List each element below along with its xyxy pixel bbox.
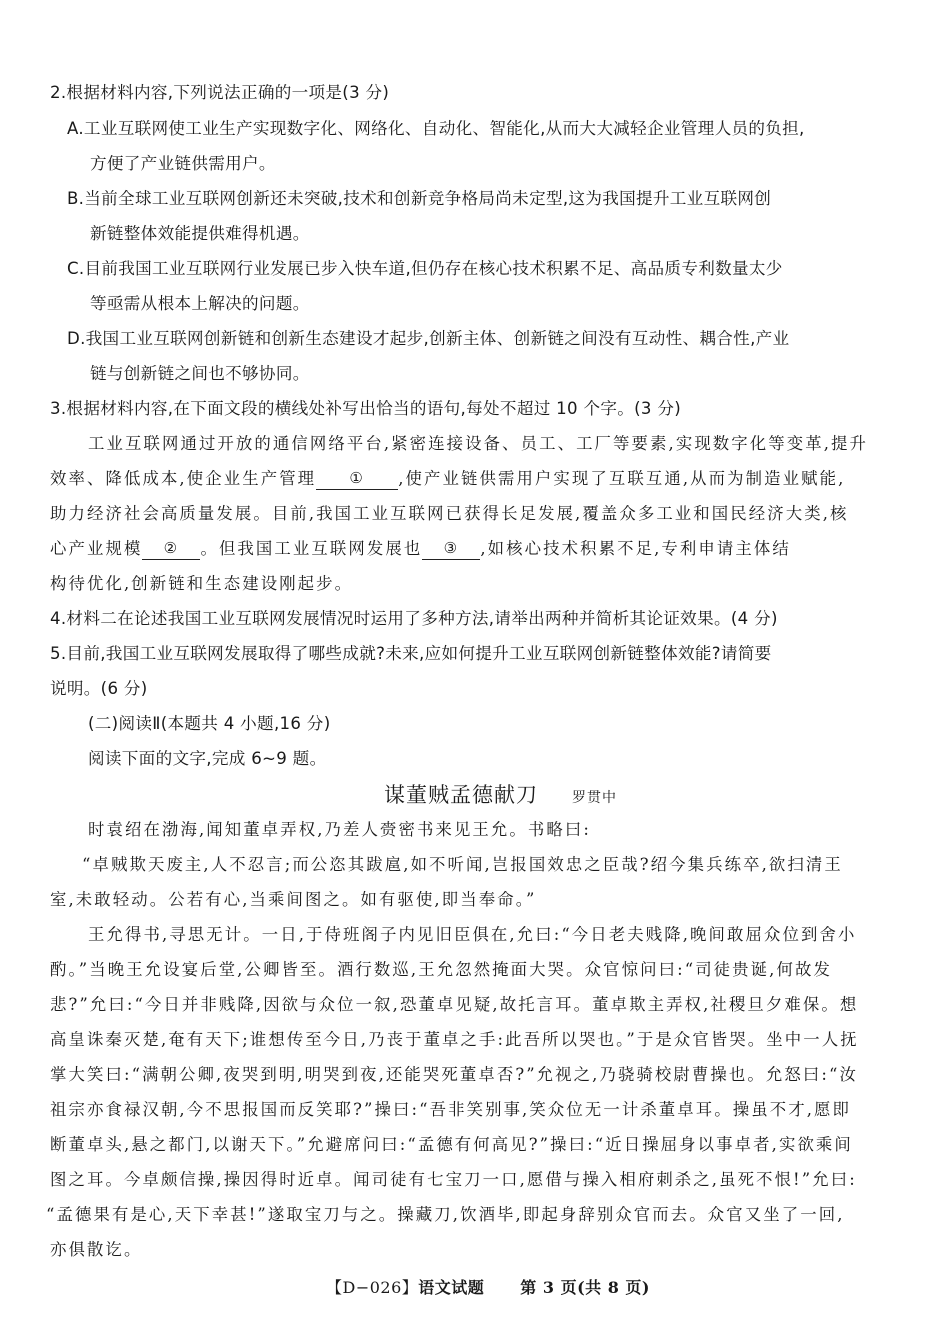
- section-2-header: (二)阅读Ⅱ(本题共 4 小题,16 分): [88, 712, 330, 736]
- passage-line: 酌。”当晚王允设宴后堂,公卿皆至。酒行数巡,王允忽然掩面大哭。众官惊问曰:“司徒…: [50, 958, 832, 982]
- q3-text: ,如核心技术积累不足,专利申请主体结: [480, 539, 790, 558]
- blank-1-marker: ①: [349, 469, 365, 487]
- q3-paragraph-line1: 工业互联网通过开放的通信网络平台,紧密连接设备、员工、工厂等要素,实现数字化等变…: [88, 432, 868, 456]
- passage-line: 亦俱散讫。: [50, 1238, 142, 1262]
- q3-text: 心产业规模: [50, 539, 142, 558]
- q3-paragraph-line4: 心产业规模②。但我国工业互联网发展也③,如核心技术积累不足,专利申请主体结: [50, 537, 791, 561]
- section-2-instruction: 阅读下面的文字,完成 6~9 题。: [88, 747, 326, 771]
- passage-title: 谋董贼孟德献刀: [384, 783, 538, 807]
- page-number: 第 3 页(共 8 页): [520, 1278, 650, 1297]
- blank-2[interactable]: ②: [142, 537, 200, 560]
- question-5-line2: 说明。(6 分): [50, 677, 148, 701]
- blank-1[interactable]: ①: [316, 467, 398, 490]
- q3-paragraph-line3: 助力经济社会高质量发展。目前,我国工业互联网已获得长足发展,覆盖众多工业和国民经…: [50, 502, 849, 526]
- option-d-line1: D.我国工业互联网创新链和创新生态建设才起步,创新主体、创新链之间没有互动性、耦…: [67, 327, 789, 351]
- option-c-line2: 等亟需从根本上解决的问题。: [90, 292, 310, 316]
- passage-line: 王允得书,寻思无计。一日,于侍班阁子内见旧臣俱在,允曰:“今日老夫贱降,晚间敢屈…: [88, 923, 856, 947]
- passage-line: “卓贼欺天废主,人不忍言;而公恣其跋扈,如不听闻,岂报国效忠之臣哉?绍今集兵练卒…: [82, 853, 843, 877]
- option-b-line2: 新链整体效能提供难得机遇。: [90, 222, 310, 246]
- q3-text: 。但我国工业互联网发展也: [200, 539, 422, 558]
- passage-line: 高皇诛秦灭楚,奄有天下;谁想传至今日,乃丧于董卓之手:此吾所以哭也。”于是众官皆…: [50, 1028, 859, 1052]
- blank-2-marker: ②: [164, 539, 180, 557]
- passage-line: 室,未敢轻动。公若有心,当乘间图之。如有驱使,即当奉命。”: [50, 888, 536, 912]
- q3-text: 效率、降低成本,使企业生产管理: [50, 469, 316, 488]
- passage-line: 祖宗亦食禄汉朝,今不思报国而反笑耶?”操曰:“吾非笑别事,笑众位无一计杀董卓耳。…: [50, 1098, 851, 1122]
- page-footer: 【D−026】语文试题第 3 页(共 8 页): [326, 1276, 650, 1300]
- option-b-line1: B.当前全球工业互联网创新还未突破,技术和创新竞争格局尚未定型,这为我国提升工业…: [67, 187, 771, 211]
- passage-line: 悲?”允曰:“今日并非贱降,因欲与众位一叙,恐董卓见疑,故托言耳。董卓欺主弄权,…: [50, 993, 858, 1017]
- passage-line: 时袁绍在渤海,闻知董卓弄权,乃差人赍密书来见王允。书略曰:: [88, 818, 591, 842]
- passage-heading: 谋董贼孟德献刀罗贯中: [384, 783, 617, 810]
- passage-line: 掌大笑曰:“满朝公卿,夜哭到明,明哭到夜,还能哭死董卓否?”允视之,乃骁骑校尉曹…: [50, 1063, 858, 1087]
- exam-page: 2.根据材料内容,下列说法正确的一项是(3 分) A.工业互联网使工业生产实现数…: [0, 0, 950, 1342]
- passage-author: 罗贯中: [572, 790, 617, 806]
- q3-paragraph-line2: 效率、降低成本,使企业生产管理①,使产业链供需用户实现了互联互通,从而为制造业赋…: [50, 467, 845, 491]
- q3-text: ,使产业链供需用户实现了互联互通,从而为制造业赋能,: [398, 469, 845, 488]
- option-c-line1: C.目前我国工业互联网行业发展已步入快车道,但仍存在核心技术积累不足、高品质专利…: [67, 257, 783, 281]
- passage-line: “孟德果有是心,天下幸甚!”遂取宝刀与之。操藏刀,饮酒毕,即起身辞别众官而去。众…: [46, 1203, 845, 1227]
- option-d-line2: 链与创新链之间也不够协同。: [90, 362, 310, 386]
- option-a-line1: A.工业互联网使工业生产实现数字化、网络化、自动化、智能化,从而大大减轻企业管理…: [67, 117, 805, 141]
- question-5-line1: 5.目前,我国工业互联网发展取得了哪些成就?未来,应如何提升工业互联网创新链整体…: [50, 642, 772, 666]
- q3-paragraph-line5: 构待优化,创新链和生态建设刚起步。: [50, 572, 353, 596]
- blank-3[interactable]: ③: [422, 537, 480, 560]
- question-3-stem: 3.根据材料内容,在下面文段的横线处补写出恰当的语句,每处不超过 10 个字。(…: [50, 397, 681, 421]
- option-a-line2: 方便了产业链供需用户。: [90, 152, 276, 176]
- exam-code: 【D−026】: [326, 1278, 418, 1297]
- question-4-stem: 4.材料二在论述我国工业互联网发展情况时运用了多种方法,请举出两种并简析其论证效…: [50, 607, 778, 631]
- exam-subject: 语文试题: [418, 1278, 484, 1297]
- question-2-stem: 2.根据材料内容,下列说法正确的一项是(3 分): [50, 81, 389, 105]
- passage-line: 图之耳。今卓颇信操,操因得时近卓。闻司徒有七宝刀一口,愿借与操入相府刺杀之,虽死…: [50, 1168, 857, 1192]
- blank-3-marker: ③: [444, 539, 460, 557]
- passage-line: 断董卓头,悬之都门,以谢天下。”允避席问曰:“孟德有何高见?”操曰:“近日操屈身…: [50, 1133, 853, 1157]
